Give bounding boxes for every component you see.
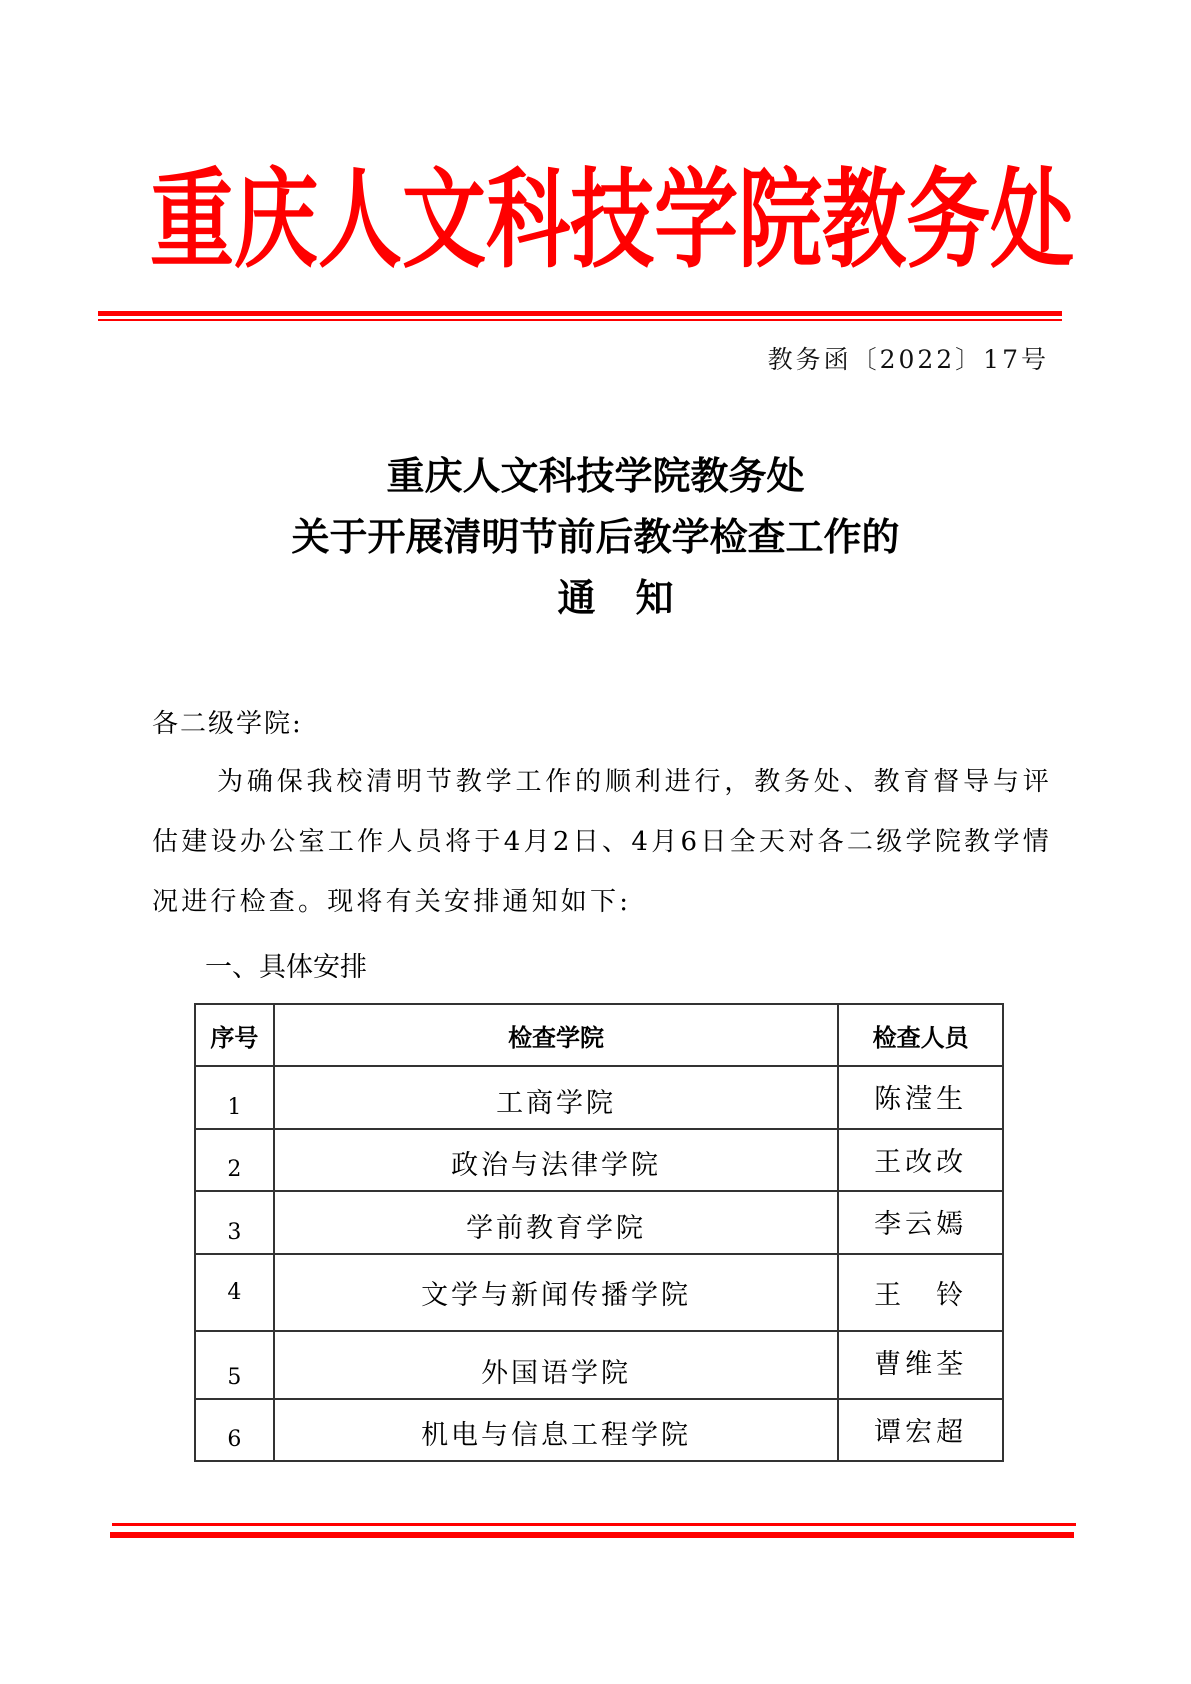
row-inspector: 王改改 <box>838 1129 1003 1191</box>
row-inspector: 陈滢生 <box>838 1066 1003 1129</box>
row-college: 文学与新闻传播学院 <box>274 1254 838 1331</box>
footer-rule-thin <box>112 1523 1076 1526</box>
footer-rule-thick <box>110 1532 1074 1538</box>
masthead-char: 技 <box>570 166 654 274</box>
row-inspector: 王 铃 <box>838 1254 1003 1331</box>
document-number: 教务函〔2022〕17号 <box>768 340 1049 376</box>
section-heading: 一、具体安排 <box>205 945 367 984</box>
row-serial: 1 <box>195 1066 274 1129</box>
masthead-char: 庆 <box>234 166 318 274</box>
row-college: 机电与信息工程学院 <box>274 1399 838 1461</box>
header-rule-thick <box>98 311 1062 316</box>
masthead: 重 庆 人 文 科 技 学 院 教 务 处 <box>150 162 1050 277</box>
row-college: 学前教育学院 <box>274 1191 838 1254</box>
header-rule-thin <box>98 319 1062 321</box>
row-serial: 2 <box>195 1129 274 1191</box>
table-row: 2 政治与法律学院 王改改 <box>195 1129 1003 1191</box>
masthead-char: 人 <box>318 166 402 274</box>
table-header-row: 序号 检查学院 检查人员 <box>195 1004 1003 1066</box>
table-row: 3 学前教育学院 李云嫣 <box>195 1191 1003 1254</box>
title-line-3: 通知 <box>0 567 1191 622</box>
row-serial: 4 <box>195 1254 274 1331</box>
row-serial: 3 <box>195 1191 274 1254</box>
masthead-char: 处 <box>990 166 1074 274</box>
masthead-char: 务 <box>906 166 990 274</box>
header-inspector: 检查人员 <box>838 1004 1003 1066</box>
masthead-char: 院 <box>738 166 822 274</box>
row-serial: 6 <box>195 1399 274 1461</box>
masthead-char: 重 <box>150 166 234 274</box>
masthead-char: 教 <box>822 166 906 274</box>
row-college: 政治与法律学院 <box>274 1129 838 1191</box>
title-line-1: 重庆人文科技学院教务处 <box>0 445 1191 500</box>
row-serial: 5 <box>195 1331 274 1399</box>
table-row: 1 工商学院 陈滢生 <box>195 1066 1003 1129</box>
body-paragraph: 为确保我校清明节教学工作的顺利进行，教务处、教育督导与评估建设办公室工作人员将于… <box>152 752 1052 932</box>
header-college: 检查学院 <box>274 1004 838 1066</box>
row-inspector: 曹维荃 <box>838 1331 1003 1399</box>
masthead-char: 文 <box>402 166 486 274</box>
table-row: 4 文学与新闻传播学院 王 铃 <box>195 1254 1003 1331</box>
header-serial: 序号 <box>195 1004 274 1066</box>
title-line-2: 关于开展清明节前后教学检查工作的 <box>0 506 1191 561</box>
row-inspector: 李云嫣 <box>838 1191 1003 1254</box>
salutation: 各二级学院: <box>152 703 303 740</box>
table-row: 6 机电与信息工程学院 谭宏超 <box>195 1399 1003 1461</box>
row-college: 外国语学院 <box>274 1331 838 1399</box>
inspection-schedule-table: 序号 检查学院 检查人员 1 工商学院 陈滢生 2 政治与法律学院 王改改 3 … <box>194 1003 1004 1462</box>
table-row: 5 外国语学院 曹维荃 <box>195 1331 1003 1399</box>
masthead-char: 学 <box>654 166 738 274</box>
row-college: 工商学院 <box>274 1066 838 1129</box>
masthead-char: 科 <box>486 166 570 274</box>
row-inspector: 谭宏超 <box>838 1399 1003 1461</box>
